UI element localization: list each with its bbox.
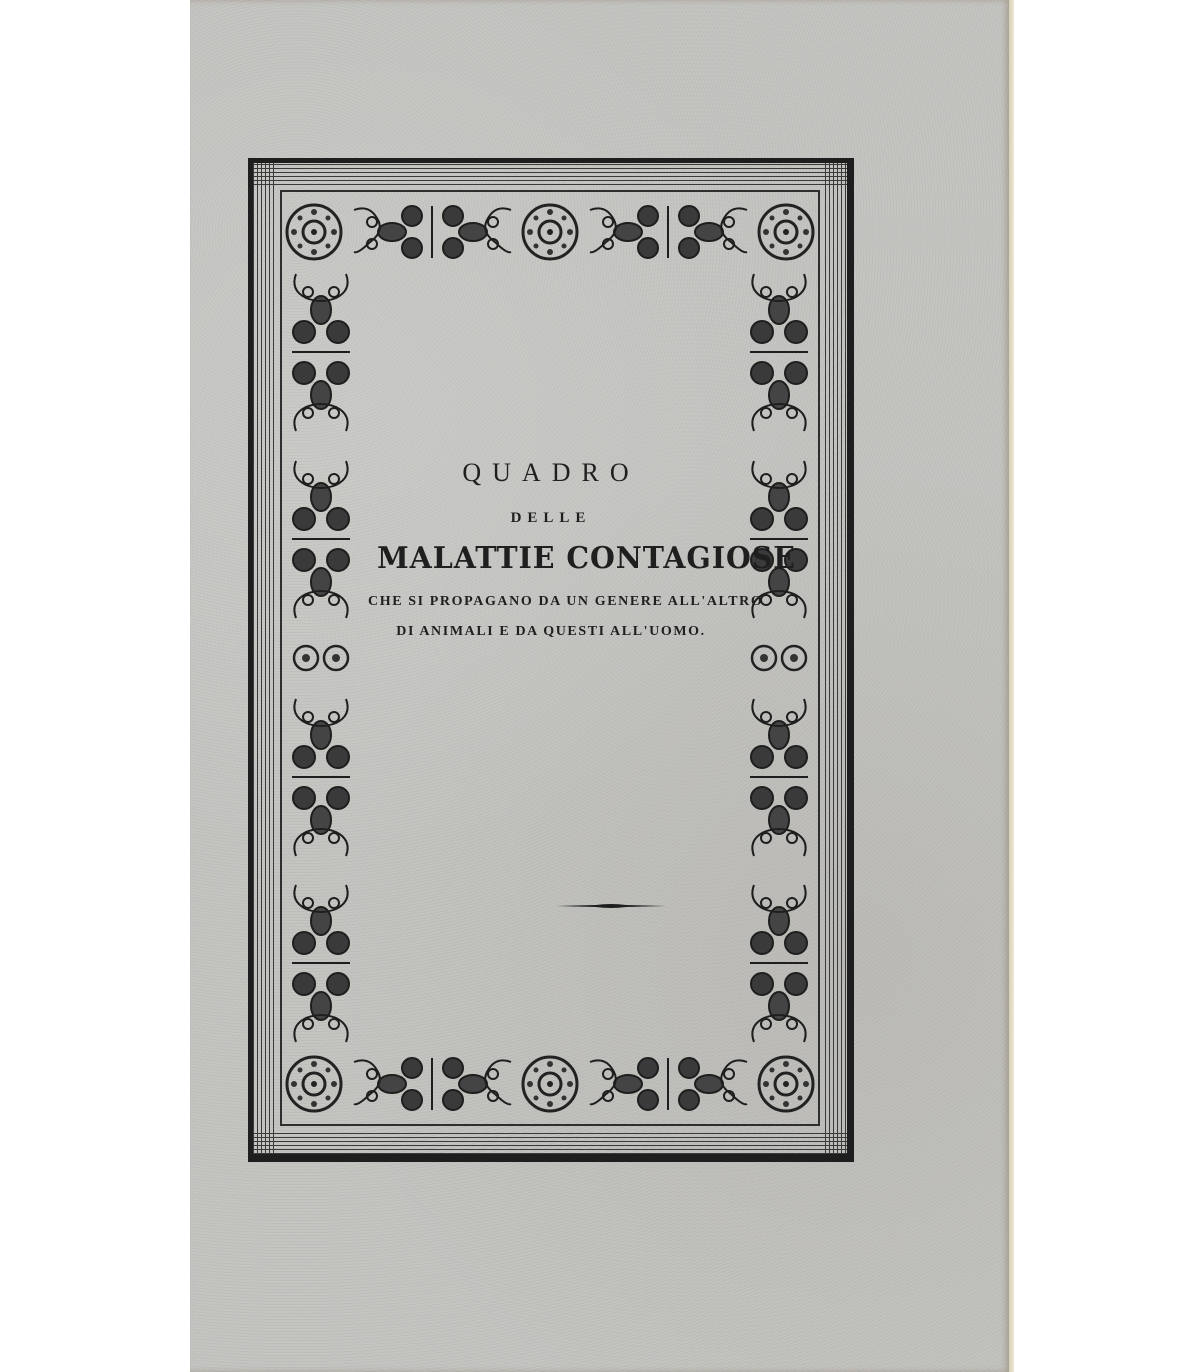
acanthus-scroll-icon: [288, 457, 354, 622]
subtitle-line-2: DI ANIMALI E DA QUESTI ALL'UOMO.: [368, 624, 734, 640]
page-edge: [1009, 0, 1014, 1372]
acanthus-scroll-icon: [586, 202, 751, 262]
acanthus-scroll-icon: [288, 270, 354, 435]
decorative-divider: [556, 903, 666, 909]
acanthus-scroll-icon: [746, 881, 812, 1046]
rosette-icon: [749, 643, 809, 673]
ornament-band-left: [284, 270, 358, 1046]
ornamental-frame: QUADRO DELLE MALATTIE CONTAGIOSE CHE SI …: [248, 158, 854, 1162]
acanthus-scroll-icon: [350, 202, 515, 262]
title-line-quadro: QUADRO: [368, 458, 734, 488]
scanned-page: QUADRO DELLE MALATTIE CONTAGIOSE CHE SI …: [190, 0, 1010, 1372]
ornament-band-bottom: [284, 1046, 816, 1122]
rosette-icon: [284, 202, 344, 262]
rosette-icon: [756, 1054, 816, 1114]
frame-inner-rule: [280, 190, 820, 1126]
main-title: MALATTIE CONTAGIOSE: [377, 541, 725, 576]
ornament-band-right: [742, 270, 816, 1046]
acanthus-scroll-icon: [350, 1054, 515, 1114]
title-block: QUADRO DELLE MALATTIE CONTAGIOSE CHE SI …: [368, 458, 734, 640]
rosette-icon: [756, 202, 816, 262]
rosette-icon: [520, 202, 580, 262]
acanthus-scroll-icon: [746, 695, 812, 860]
subtitle-line-1: CHE SI PROPAGANO DA UN GENERE ALL'ALTRO: [368, 594, 734, 610]
acanthus-scroll-icon: [288, 695, 354, 860]
acanthus-scroll-icon: [746, 270, 812, 435]
ornament-band-top: [284, 194, 816, 270]
title-line-delle: DELLE: [368, 510, 734, 527]
rosette-icon: [520, 1054, 580, 1114]
acanthus-scroll-icon: [288, 881, 354, 1046]
acanthus-scroll-icon: [586, 1054, 751, 1114]
rosette-icon: [284, 1054, 344, 1114]
rosette-icon: [291, 643, 351, 673]
